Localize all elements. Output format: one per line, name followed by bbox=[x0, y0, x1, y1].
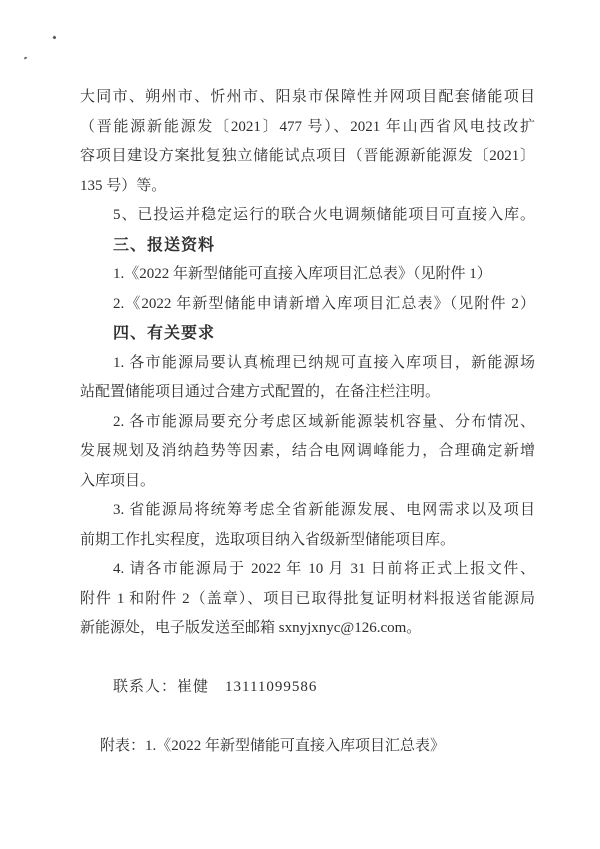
text-line: 附件 1 和附件 2（盖章）、项目已取得批复证明材料报送省能源局 bbox=[80, 585, 535, 615]
contact-line: 联系人：崔健 13111099586 bbox=[80, 673, 535, 703]
scan-speck-icon bbox=[24, 56, 28, 59]
text-line: 大同市、朔州市、忻州市、阳泉市保障性并网项目配套储能项目 bbox=[80, 83, 535, 113]
text-line: 2.《2022 年新型储能申请新增入库项目汇总表》（见附件 2） bbox=[80, 290, 535, 320]
text-line: 前期工作扎实程度，选取项目纳入省级新型储能项目库。 bbox=[80, 526, 535, 556]
text-line: 1.《2022 年新型储能可直接入库项目汇总表》（见附件 1） bbox=[80, 260, 535, 290]
text-line: 入库项目。 bbox=[80, 467, 535, 497]
document-page: 大同市、朔州市、忻州市、阳泉市保障性并网项目配套储能项目 （晋能源新能源发〔20… bbox=[0, 0, 600, 849]
text-line: 5、已投运并稳定运行的联合火电调频储能项目可直接入库。 bbox=[80, 201, 535, 231]
document-body: 大同市、朔州市、忻州市、阳泉市保障性并网项目配套储能项目 （晋能源新能源发〔20… bbox=[80, 83, 535, 762]
section-heading: 四、有关要求 bbox=[80, 319, 535, 349]
text-line: 发展规划及消纳趋势等因素，结合电网调峰能力，合理确定新增 bbox=[80, 437, 535, 467]
text-line: 4. 请各市能源局于 2022 年 10 月 31 日前将正式上报文件、 bbox=[80, 555, 535, 585]
text-line: （晋能源新能源发〔2021〕477 号）、2021 年山西省风电技改扩 bbox=[80, 113, 535, 143]
section-heading: 三、报送资料 bbox=[80, 231, 535, 261]
text-line: 站配置储能项目通过合建方式配置的，在备注栏注明。 bbox=[80, 378, 535, 408]
text-line: 3. 省能源局将统筹考虑全省新能源发展、电网需求以及项目 bbox=[80, 496, 535, 526]
text-line: 容项目建设方案批复独立储能试点项目（晋能源新能源发〔2021〕 bbox=[80, 142, 535, 172]
appendix-line: 附表：1.《2022 年新型储能可直接入库项目汇总表》 bbox=[80, 732, 535, 762]
blank-line bbox=[80, 644, 535, 674]
blank-line bbox=[80, 703, 535, 733]
text-line: 新能源处，电子版发送至邮箱 sxnyjxnyc@126.com。 bbox=[80, 614, 535, 644]
text-line: 135 号）等。 bbox=[80, 172, 535, 202]
scan-speck-icon bbox=[52, 35, 56, 39]
text-line: 1. 各市能源局要认真梳理已纳规可直接入库项目，新能源场 bbox=[80, 349, 535, 379]
text-line: 2. 各市能源局要充分考虑区域新能源装机容量、分布情况、 bbox=[80, 408, 535, 438]
